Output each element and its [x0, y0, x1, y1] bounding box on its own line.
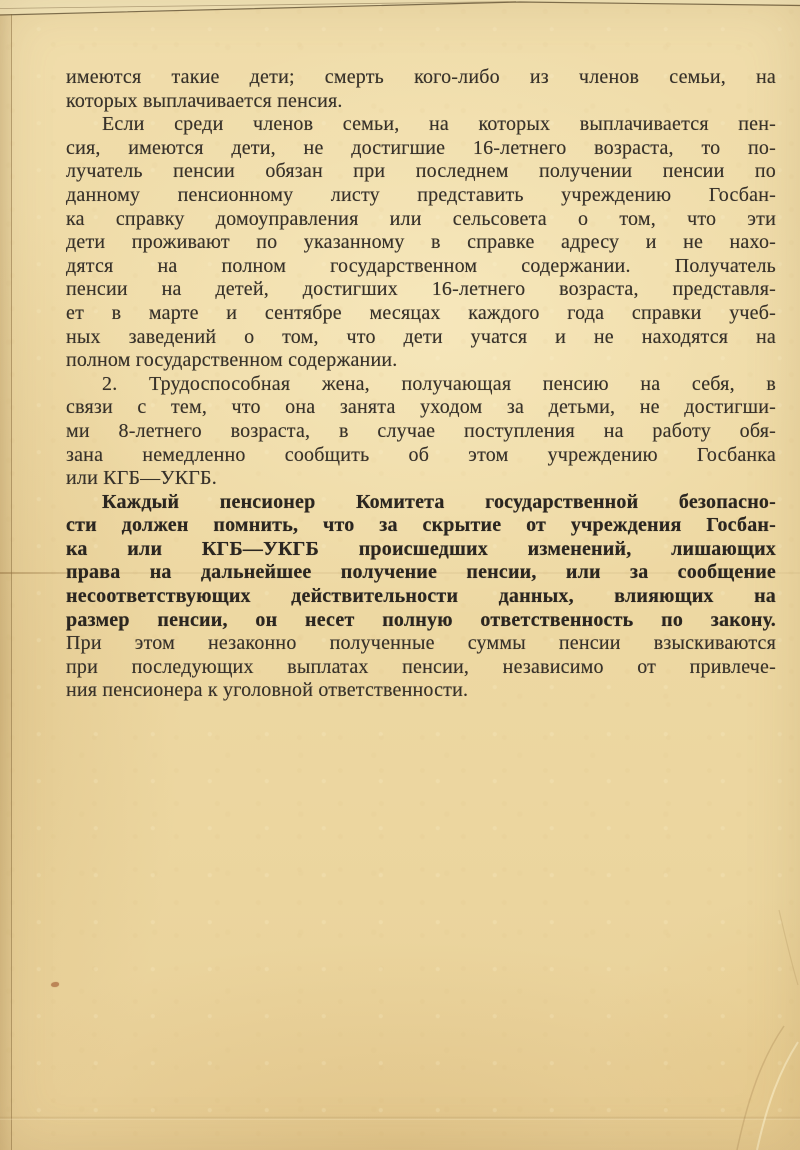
paper-stain — [51, 982, 59, 987]
text-line-13: полном государственном содержании. — [66, 349, 776, 373]
text-line-7: ка справку домоуправления или сельсовета… — [66, 208, 776, 232]
text-line-26: при последующих выплатах пенсии, независ… — [66, 656, 776, 680]
text-line-17: зана немедленно сообщить об этом учрежде… — [66, 444, 776, 468]
scanned-document-page: имеются такие дети; смерть кого-либо из … — [0, 0, 800, 1150]
text-line-4: сия, имеются дети, не достигшие 16-летне… — [66, 137, 776, 161]
text-line-1: имеются такие дети; смерть кого-либо из … — [66, 66, 776, 90]
text-line-21: ка или КГБ—УКГБ происшедших изменений, л… — [66, 538, 776, 562]
text-line-9: дятся на полном государственном содержан… — [66, 255, 776, 279]
text-line-27: ния пенсионера к уголовной ответственнос… — [66, 679, 776, 703]
text-line-14: 2. Трудоспособная жена, получающая пенси… — [66, 373, 776, 397]
text-line-18: или КГБ—УКГБ. — [66, 467, 776, 491]
text-line-12: ных заведений о том, что дети учатся и н… — [66, 326, 776, 350]
page-fold-left-edge — [0, 14, 12, 1150]
text-line-6: данному пенсионному листу представить уч… — [66, 184, 776, 208]
upper-sheet-edge — [0, 0, 800, 15]
page-top-edge — [0, 0, 800, 22]
text-line-15: связи с тем, что она занята уходом за де… — [66, 396, 776, 420]
text-line-5: лучатель пенсии обязан при последнем пол… — [66, 160, 776, 184]
text-line-22: права на дальнейшее получение пенсии, ил… — [66, 561, 776, 585]
bottom-crease — [0, 1116, 800, 1120]
text-line-8: дети проживают по указанному в справке а… — [66, 231, 776, 255]
text-line-20: сти должен помнить, что за скрытие от уч… — [66, 514, 776, 538]
text-line-16: ми 8-летнего возраста, в случае поступле… — [66, 420, 776, 444]
text-line-11: ет в марте и сентябре месяцах каждого го… — [66, 302, 776, 326]
document-text-block: имеются такие дети; смерть кого-либо из … — [66, 66, 776, 703]
text-line-23: несоответствующих действительности данны… — [66, 585, 776, 609]
text-line-2: которых выплачивается пенсия. — [66, 90, 776, 114]
text-line-25: При этом незаконно полученные суммы пенс… — [66, 632, 776, 656]
text-line-3: Если среди членов семьи, на которых выпл… — [66, 113, 776, 137]
text-line-10: пенсии на детей, достигших 16-летнего во… — [66, 278, 776, 302]
text-line-24: размер пенсии, он несет полную ответстве… — [66, 609, 776, 633]
text-line-19: Каждый пенсионер Комитета государственно… — [66, 491, 776, 515]
